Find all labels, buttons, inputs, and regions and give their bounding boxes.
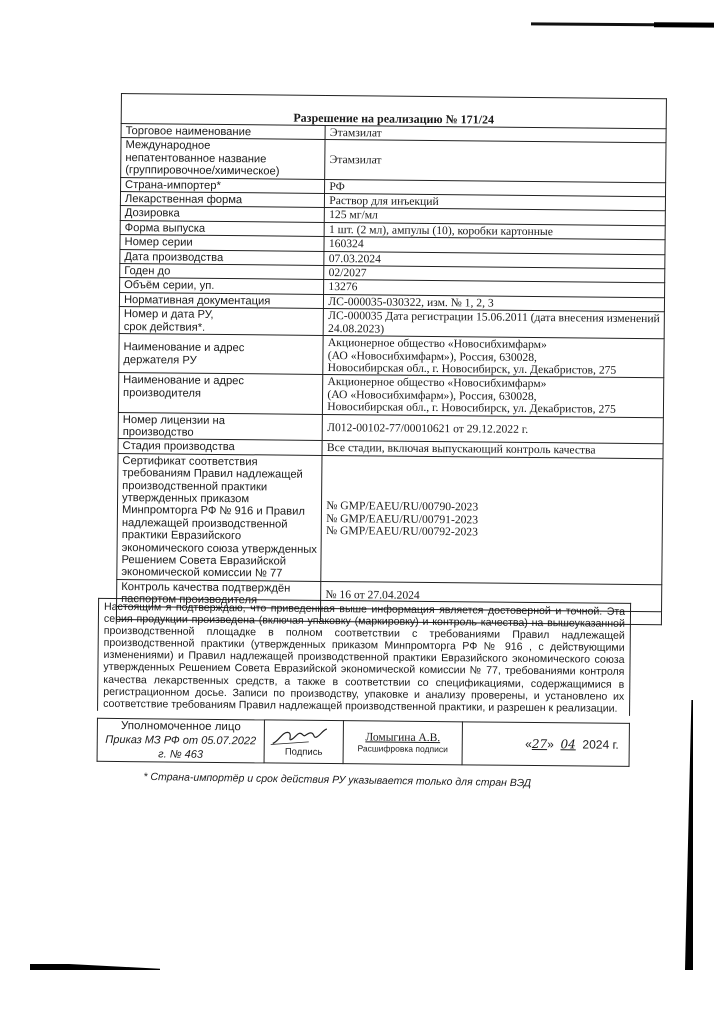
row-value: Этамзилат — [325, 140, 666, 182]
table-row: Наименование и адреспроизводителя Акцион… — [118, 373, 663, 417]
row-label: Номер серии — [120, 235, 324, 251]
row-value: Акционерное общество «Новосибхимфарм»(АО… — [323, 375, 664, 417]
row-value: ЛС-000035 Дата регистрации 15.06.2011 (д… — [323, 309, 664, 339]
row-label: Номер лицензии напроизводство — [118, 412, 323, 441]
row-value: Л012-00102-77/00010621 от 29.12.2022 г. — [322, 414, 663, 444]
row-label: Дозировка — [120, 206, 324, 222]
table-row: Сертификат соответствиятребованиям Прави… — [117, 453, 663, 584]
row-value: № GMP/EAEU/RU/00790-2023№ GMP/EAEU/RU/00… — [321, 455, 663, 584]
document-page: Разрешение на реализацию № 171/24 Торгов… — [0, 0, 724, 1024]
row-label: Дата производства — [120, 249, 324, 265]
row-label: Наименование и адресдержателя РУ — [119, 334, 324, 375]
release-permit-table: Разрешение на реализацию № 171/24 Торгов… — [116, 93, 667, 625]
row-label: Страна-импортер* — [121, 177, 325, 193]
row-label: Стадия производства — [118, 439, 322, 455]
row-label: Торговое наименование — [121, 124, 325, 140]
signature-date: «27» 04 2024 г. — [462, 722, 629, 767]
row-value: Акционерное общество «Новосибхимфарм»(АО… — [323, 336, 664, 378]
authorized-person: Уполномоченное лицо Приказ МЗ РФ от 05.0… — [97, 718, 264, 763]
signature-block: Уполномоченное лицо Приказ МЗ РФ от 05.0… — [97, 718, 630, 767]
signature-transcript: Ломыгина А.В. Расшифровка подписи — [343, 721, 462, 765]
row-label: Лекарственная форма — [120, 192, 324, 208]
row-label: Сертификат соответствиятребованиям Прави… — [117, 453, 323, 581]
certification-statement: Настоящим я подтверждаю, что приведенная… — [97, 598, 631, 716]
row-label: Форма выпуска — [120, 220, 324, 236]
footnote: * Страна-импортёр и срок действия РУ ука… — [143, 771, 531, 789]
row-label: Международноенепатентованное название(гр… — [121, 138, 326, 179]
table-row: Наименование и адресдержателя РУ Акционе… — [119, 334, 664, 378]
row-label: Нормативная документация — [119, 292, 323, 308]
signature-field: Подпись — [264, 720, 343, 764]
row-label: Объём серии, уп. — [120, 278, 324, 294]
row-label: Наименование и адреспроизводителя — [118, 373, 323, 414]
table-row: Международноенепатентованное название(гр… — [121, 138, 666, 182]
row-label: Годен до — [120, 264, 324, 280]
row-label: Номер и дата РУ,срок действия*. — [119, 307, 324, 336]
handwritten-signature-icon — [269, 726, 329, 747]
